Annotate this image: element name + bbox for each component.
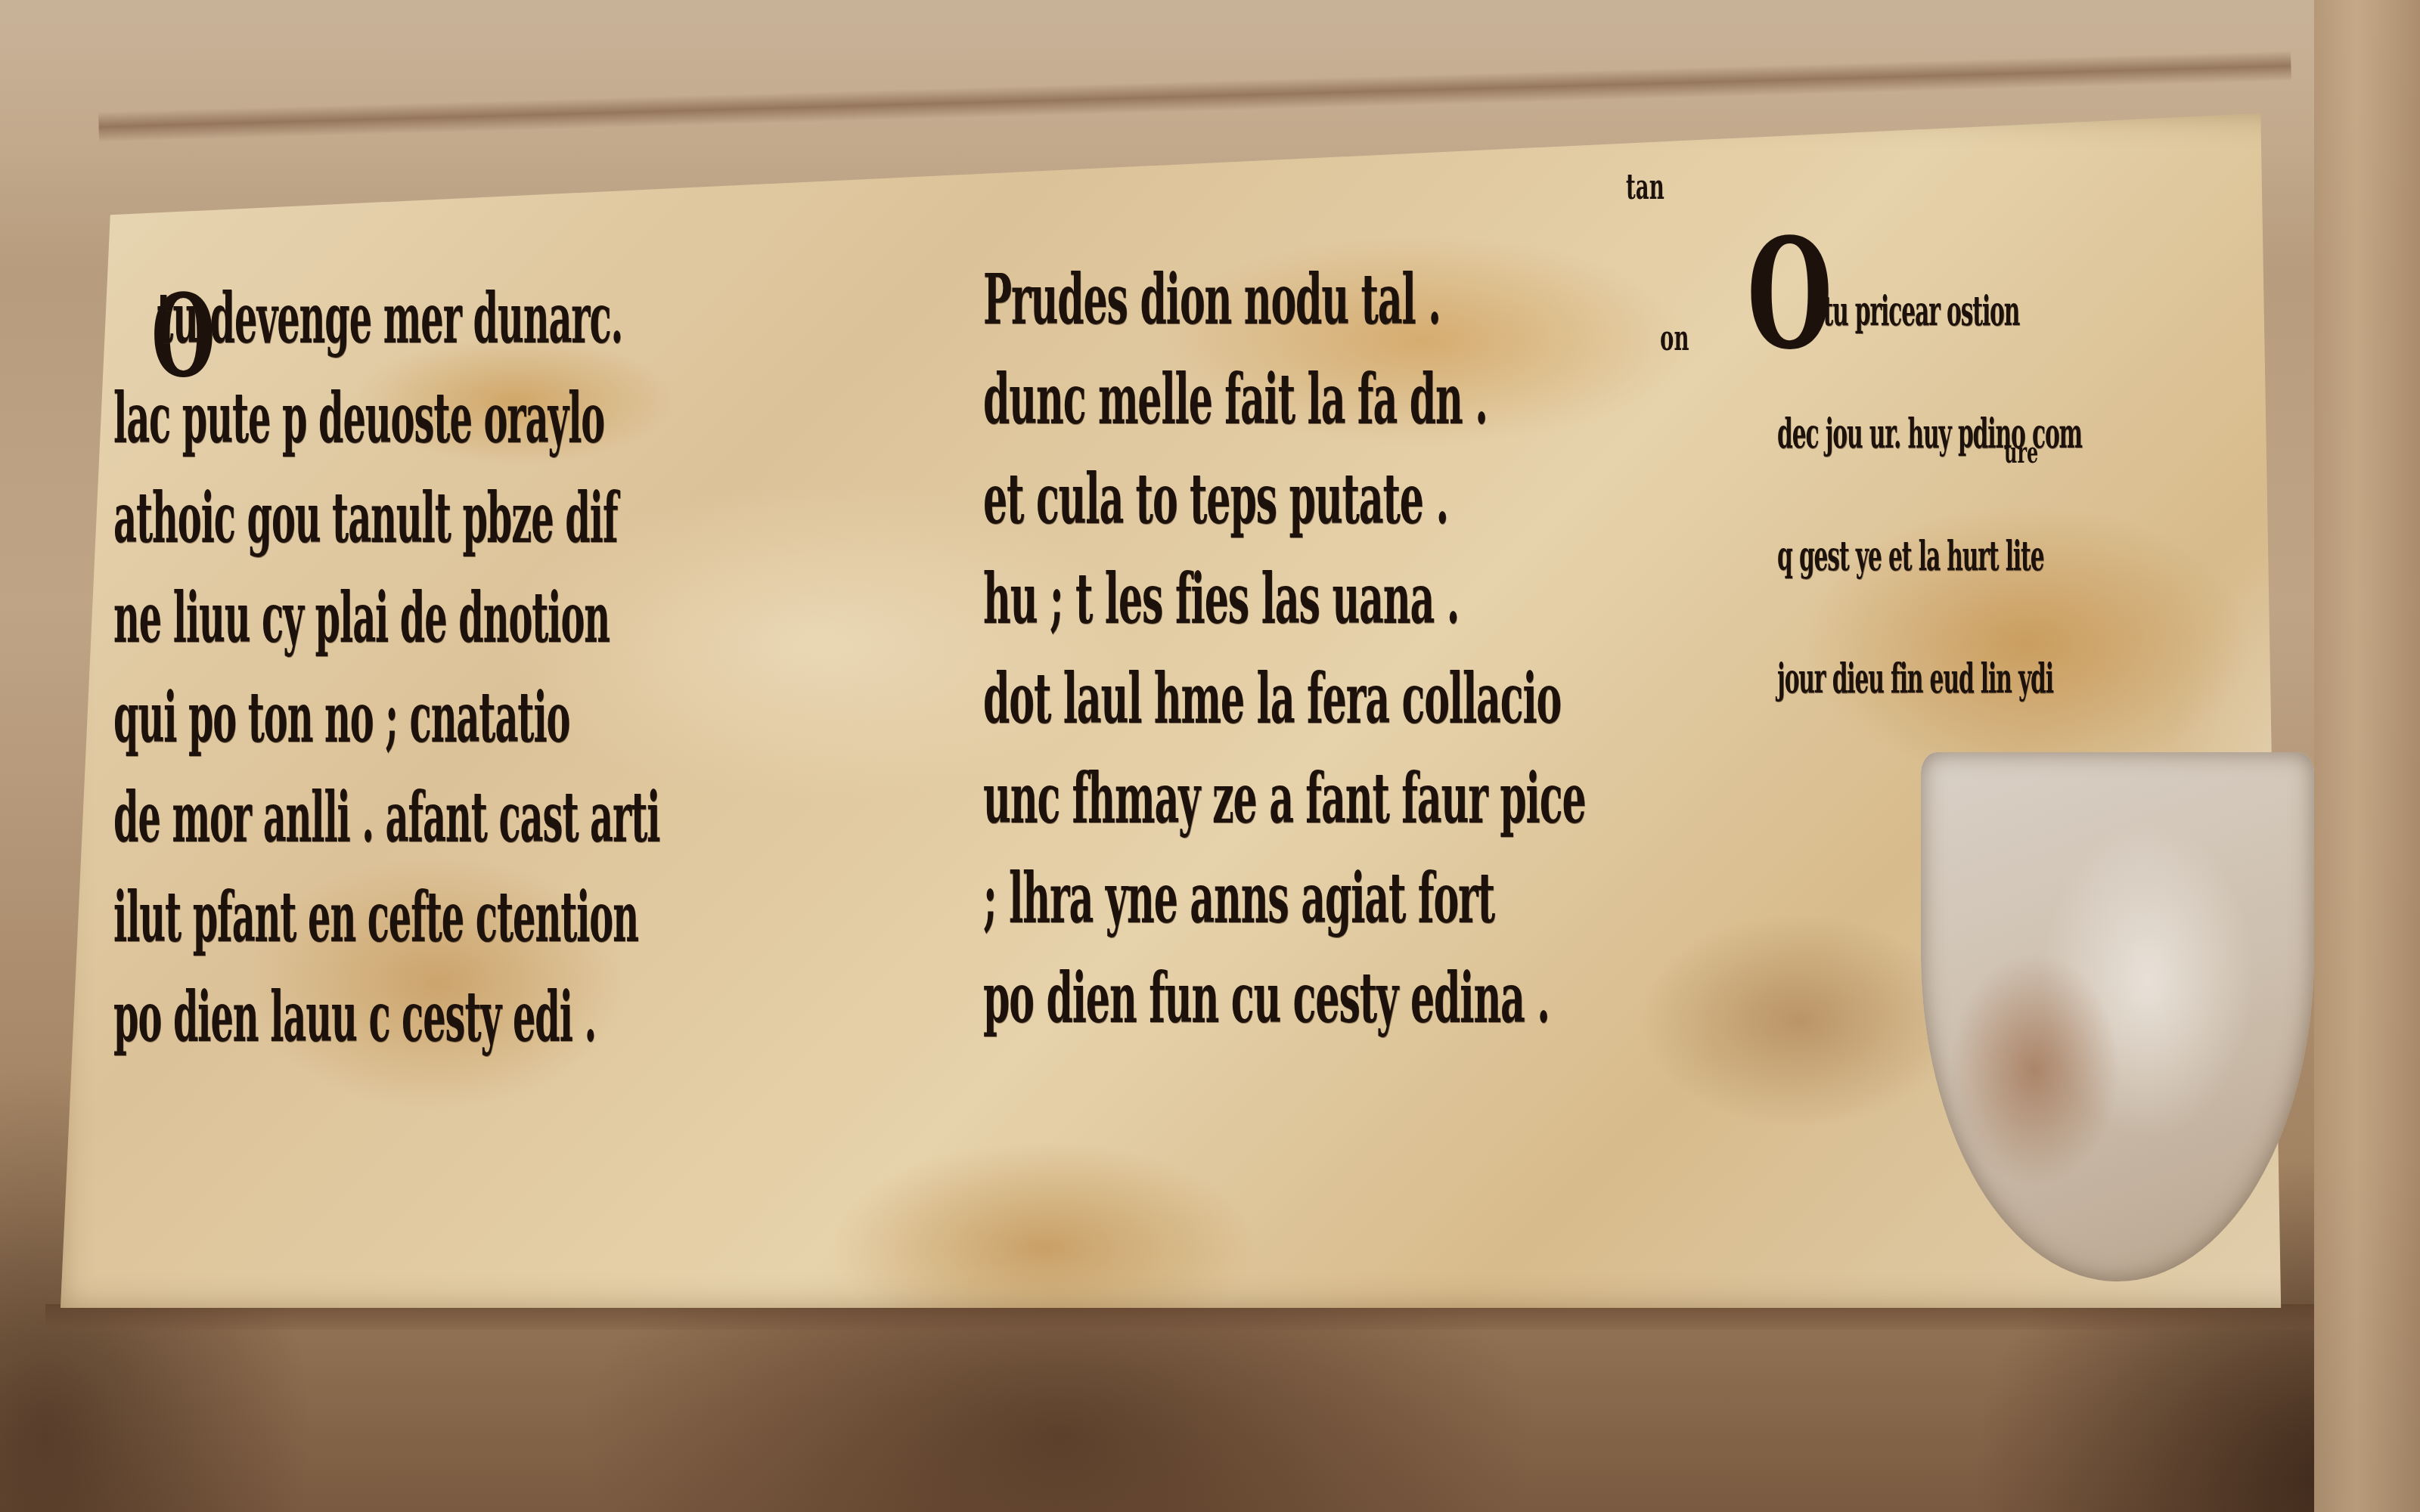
inscription-line: po dien lauu c cesty edi .: [113, 967, 659, 1067]
inscription-line: po dien fun cu cesty edina .: [983, 948, 1586, 1048]
inscription-line: q gest ye et la hurt lite: [1777, 494, 2082, 617]
panel-bottom-ledge: [45, 1304, 2314, 1330]
inscription-line: tu devenge mer dunarc.: [113, 268, 659, 368]
inscription-line: dunc melle fait la fa dn .: [983, 349, 1586, 449]
inscription-line: tu pricear ostion: [1777, 249, 2082, 372]
inscription-line: Prudes dion nodu tal .: [983, 249, 1586, 349]
inscription-line: et cula to teps putate .: [983, 449, 1586, 549]
inscription-line: dec jou ur. huy pdino com: [1777, 372, 2082, 494]
inscription-line: lac pute p deuoste oraylo: [113, 368, 659, 468]
inscription-line: dot laul hme la fera collacio: [983, 649, 1586, 748]
inscription-line: ; lhra yne anns agiat fort: [983, 848, 1586, 948]
inscription-line: ne liuu cy plai de dnotion: [113, 568, 659, 668]
superscript-annotation: tan: [1626, 166, 1665, 207]
inscription-column-right: tu pricear ostion dec jou ur. huy pdino …: [1777, 249, 2332, 739]
inscription-line: unc fhmay ze a fant faur pice: [983, 748, 1586, 848]
inscription-line: hu ; t les fies las uana .: [983, 549, 1586, 649]
inscription-line: ilut pfant en cefte ctention: [113, 867, 659, 967]
inscription-line: qui po ton no ; cnatatio: [113, 668, 659, 767]
line-annotation: ure: [2004, 435, 2038, 470]
inscription-line: jour dieu fin eud lin ydi: [1777, 617, 2082, 739]
inscription-line: athoic gou tanult pbze dif: [113, 468, 659, 568]
wall-side-pillar: [2314, 0, 2420, 1512]
inscription-line: de mor anlli . afant cast arti: [113, 767, 659, 867]
